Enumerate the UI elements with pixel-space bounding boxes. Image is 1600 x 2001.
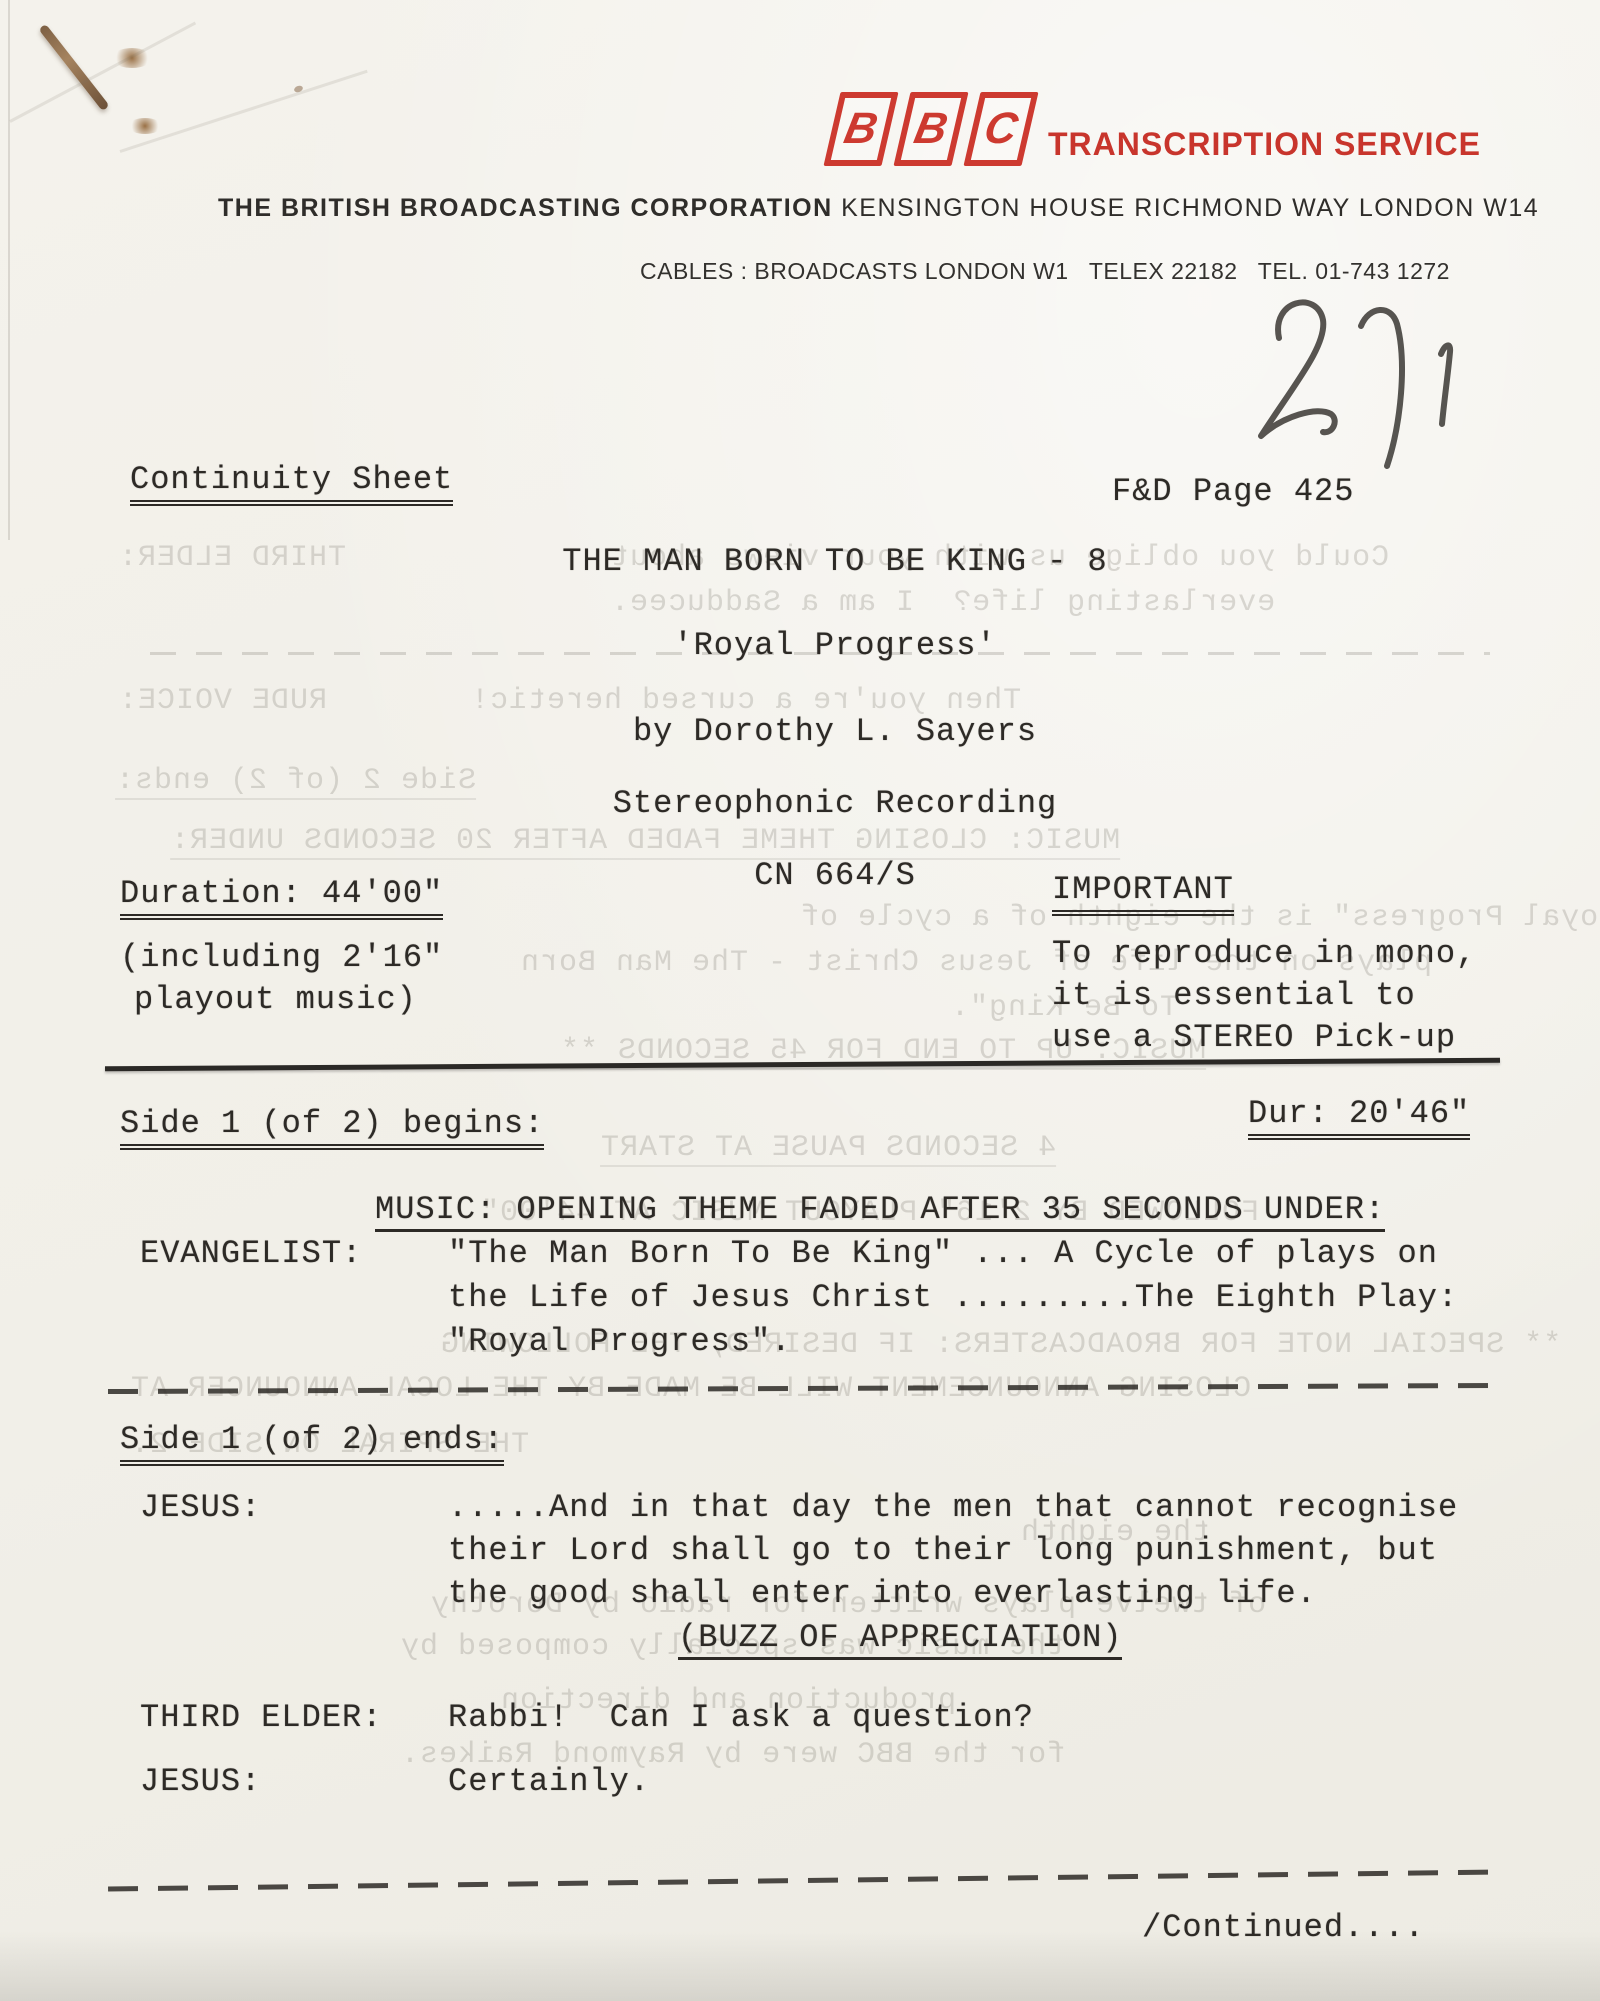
corporation-name: THE BRITISH BROADCASTING CORPORATION [218,194,833,222]
jesus-line-2: their Lord shall go to their long punish… [448,1535,1438,1567]
side1-ends-heading: Side 1 (of 2) ends: [120,1424,504,1466]
duration-including-2: playout music) [134,984,417,1016]
evangelist-line-3: "Royal Progress". [448,1326,791,1358]
address-detail: KENSINGTON HOUSE RICHMOND WAY LONDON W14 [833,194,1539,222]
dashed-rule-bottom [108,1869,1500,1891]
continued-note: /Continued.... [1142,1912,1425,1944]
address-line: THE BRITISH BROADCASTING CORPORATION KEN… [218,194,1539,223]
ghost-line: Then you're a cursed heretic! [470,686,1021,716]
speaker-third-elder: THIRD ELDER: [140,1702,382,1734]
jesus-line-3: the good shall enter into everlasting li… [448,1578,1317,1610]
ghost-line: MUSIC: CLOSING THEME FADED AFTER 20 SECO… [170,826,1120,860]
author-line: by Dorothy L. Sayers [330,716,1340,748]
bbc-logo: BBC [832,92,1042,166]
side1-begins-heading: Side 1 (of 2) begins: [120,1108,544,1150]
handwritten-digit-1 [1441,345,1450,424]
sound-cue-buzz: (BUZZ OF APPRECIATION) [678,1622,1122,1660]
side1-duration: Dur: 20'46" [1248,1098,1470,1140]
paper-crease-2 [120,70,368,153]
handwritten-digit-7 [1361,310,1402,466]
important-line-1: To reproduce in mono, [1052,938,1476,970]
important-line-2: it is essential to [1052,980,1416,1012]
series-title: THE MAN BORN TO BE KING - 8 [330,546,1340,578]
page-ref: F&D Page 425 [1112,476,1354,508]
bbc-logo-letter-box: B [823,92,898,166]
ghost-line: everlasting life? I am a Sadducee. [610,588,1275,618]
jesus-line-1: .....And in that day the men that cannot… [448,1492,1458,1524]
speaker-jesus-2: JESUS: [140,1766,261,1798]
handwritten-page-number [1245,290,1475,480]
doc-type-heading: Continuity Sheet [130,464,453,506]
transcription-service-label: TRANSCRIPTION SERVICE [1048,126,1481,163]
bbc-logo-letter: B [911,107,951,151]
bbc-logo-letter: B [841,107,881,151]
third-elder-line: Rabbi! Can I ask a question? [448,1702,1034,1734]
jesus-certainly-line: Certainly. [448,1766,650,1798]
ghost-line: RUDE VOICE: [118,686,327,716]
evangelist-line-2: the Life of Jesus Christ .........The Ei… [448,1282,1458,1314]
paper-crease-edge [8,0,10,540]
important-heading: IMPORTANT [1052,874,1234,916]
duration-including-1: (including 2'16" [120,942,443,974]
bbc-logo-letter-box: C [963,92,1038,166]
speaker-jesus: JESUS: [140,1492,261,1524]
ghost-line: 4 SECONDS PAUSE AT START [600,1133,1056,1167]
bbc-logo-letter-box: B [893,92,968,166]
bbc-logo-letter: C [981,107,1021,151]
cables-line: CABLES : BROADCASTS LONDON W1 TELEX 2218… [640,258,1450,285]
recording-type: Stereophonic Recording [330,788,1340,820]
evangelist-line-1: "The Man Born To Be King" ... A Cycle of… [448,1238,1438,1270]
handwritten-digit-2 [1261,302,1335,436]
episode-title: 'Royal Progress' [330,630,1340,662]
continuity-sheet-page: THIRD ELDER: Could you oblige us with yo… [0,0,1600,2001]
ghost-line: THIRD ELDER: [118,543,346,573]
duration-line: Duration: 44'00" [120,878,443,920]
rust-stain-2 [128,118,162,134]
music-cue-opening: MUSIC: OPENING THEME FADED AFTER 35 SECO… [375,1194,1385,1232]
speaker-evangelist: EVANGELIST: [140,1238,362,1270]
important-line-3: use a STEREO Pick-up [1052,1022,1456,1054]
